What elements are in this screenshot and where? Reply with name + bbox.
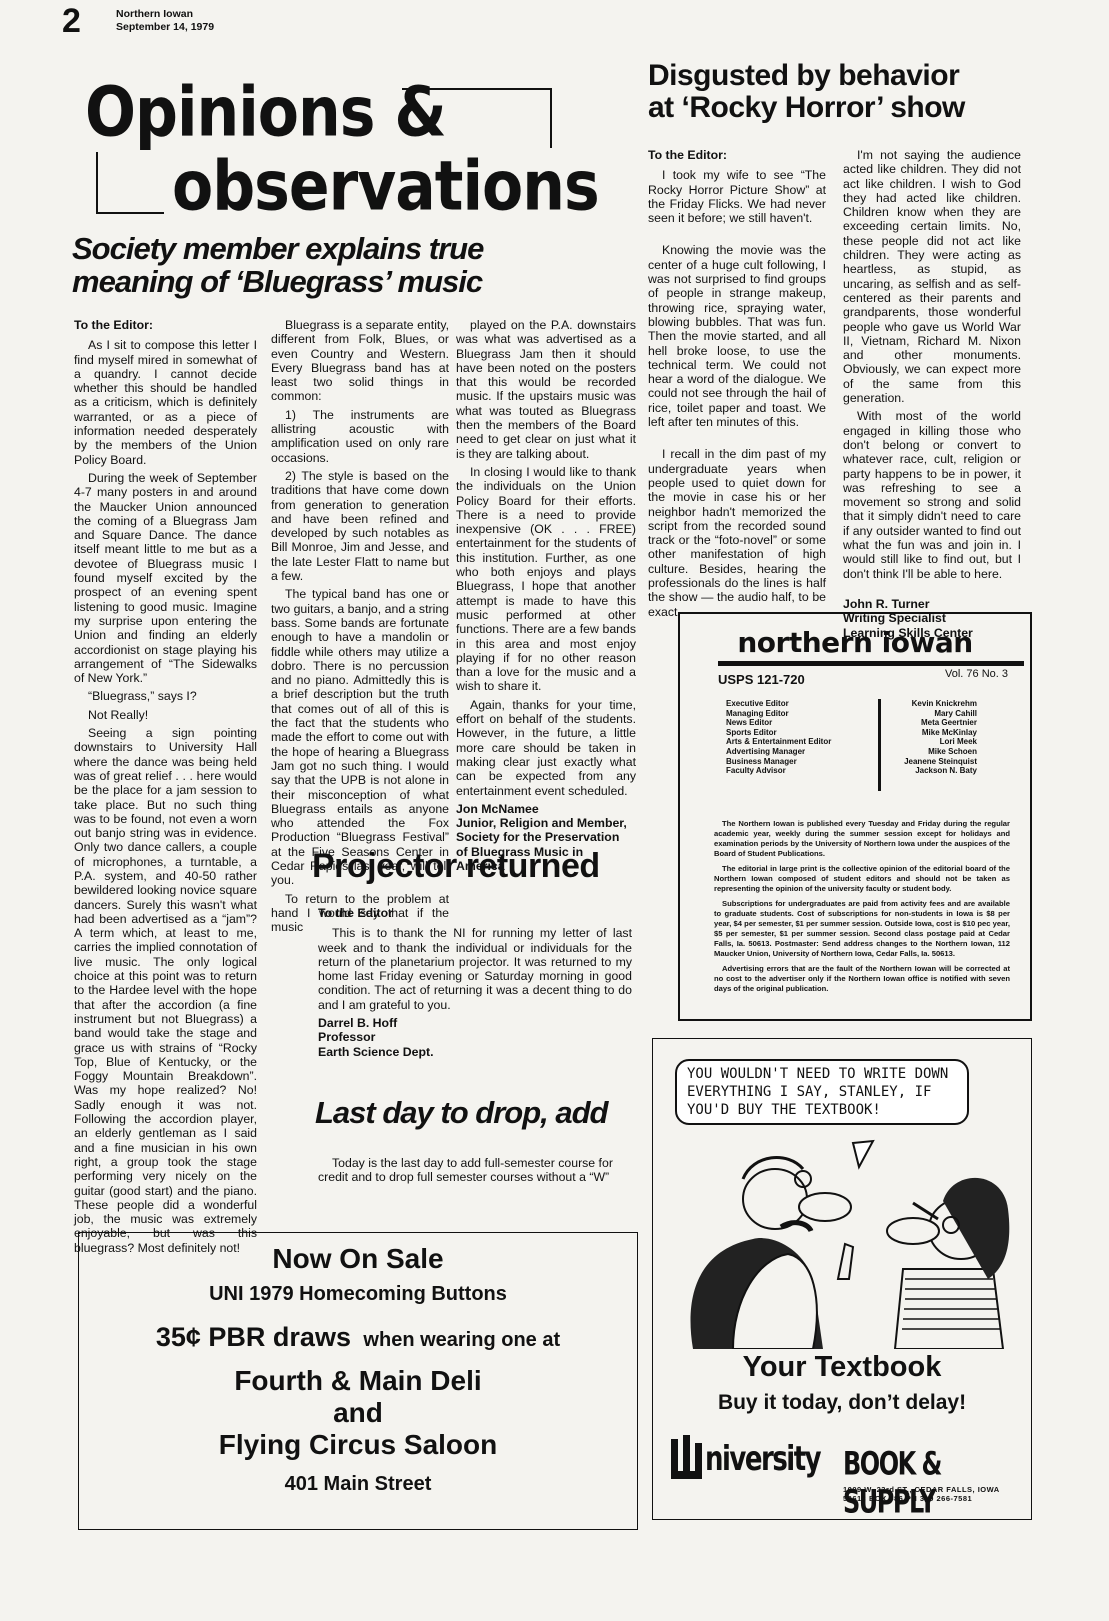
textbook-subhead: Buy it today, don’t delay! (653, 1391, 1031, 1415)
staff-divider (878, 699, 881, 791)
bluegrass-col-2: Bluegrass is a separate entity, differen… (271, 318, 449, 938)
projector-signature: Darrel B. Hoff Professor Earth Science D… (318, 1016, 632, 1059)
folio-meta: Northern Iowan September 14, 1979 (116, 8, 214, 34)
section-title-line1: Opinions & (85, 78, 446, 147)
bluegrass-col-3: played on the P.A. downstairs was what w… (456, 318, 636, 873)
store-address: 1009 W. 23rd ST., CEDAR FALLS, IOWA 5061… (843, 1485, 1000, 1503)
masthead-id-row: USPS 121-720 Vol. 76 No. 3 (680, 666, 1030, 687)
ad-price-row: 35¢ PBR draws when wearing one at (79, 1322, 637, 1353)
masthead-box: northern iowan USPS 121-720 Vol. 76 No. … (678, 612, 1032, 1021)
ad-price-suffix: when wearing one at (363, 1329, 560, 1351)
cartoon-illustration (663, 1139, 1019, 1349)
usps-number: USPS 121-720 (718, 672, 805, 687)
ad-line1: Now On Sale (79, 1243, 637, 1275)
paper-name: Northern Iowan (116, 8, 214, 21)
ad-price: 35¢ PBR draws (156, 1322, 351, 1352)
staff-roles: Executive Editor Managing Editor News Ed… (680, 699, 866, 791)
title-rule-left (96, 152, 98, 212)
issue-date: September 14, 1979 (116, 21, 214, 34)
ad-line2: UNI 1979 Homecoming Buttons (79, 1283, 637, 1306)
drop-add-headline: Last day to drop, add (315, 1096, 607, 1129)
textbook-headline: Your Textbook (653, 1351, 1031, 1384)
salutation: To the Editor: (648, 148, 826, 162)
volume-number: Vol. 76 No. 3 (945, 668, 1008, 687)
salutation: To the Editor: (74, 318, 257, 332)
projector-headline: Projector returned (312, 850, 600, 882)
textbook-ad: YOU WOULDN'T NEED TO WRITE DOWN EVERYTHI… (652, 1038, 1032, 1520)
projector-letter: To the Editor This is to thank the NI fo… (318, 906, 632, 1059)
rocky-col-1: To the Editor: I took my wife to see “Th… (648, 148, 826, 623)
salutation: To the Editor (318, 906, 632, 920)
ad-venue1: Fourth & Main Deli (79, 1365, 637, 1397)
rocky-col-2: I'm not saying the audience acted like c… (843, 148, 1021, 640)
brand-right: BOOK & SUPPLY (843, 1445, 1031, 1521)
staff-list: Executive Editor Managing Editor News Ed… (680, 699, 1030, 791)
page-number: 2 (62, 2, 81, 41)
homecoming-ad: Now On Sale UNI 1979 Homecoming Buttons … (78, 1232, 638, 1530)
bluegrass-col-1: To the Editor: As I sit to compose this … (74, 318, 257, 1259)
section-title-line2: observations (172, 152, 599, 221)
uu-logo-icon (671, 1435, 705, 1479)
masthead-notices: The Northern Iowan is published every Tu… (714, 819, 1010, 994)
masthead-logo: northern iowan (680, 626, 1030, 659)
title-rule-bottom (96, 212, 164, 214)
university-logo: niversity (671, 1435, 820, 1479)
title-rule-top (402, 88, 552, 90)
staff-names: Kevin Knickrehm Mary Cahill Meta Geertni… (895, 699, 977, 791)
ad-and: and (79, 1397, 637, 1429)
drop-add-body: Today is the last day to add full-semest… (318, 1156, 623, 1189)
cartoon-speech-bubble: YOU WOULDN'T NEED TO WRITE DOWN EVERYTHI… (675, 1059, 969, 1125)
ad-venue2: Flying Circus Saloon (79, 1429, 637, 1461)
ad-address: 401 Main Street (79, 1473, 637, 1496)
bluegrass-headline: Society member explains true meaning of … (72, 232, 512, 298)
brand-left: niversity (705, 1440, 820, 1479)
title-rule-right (550, 88, 552, 148)
rocky-headline: Disgusted by behavior at ‘Rocky Horror’ … (648, 60, 1048, 124)
